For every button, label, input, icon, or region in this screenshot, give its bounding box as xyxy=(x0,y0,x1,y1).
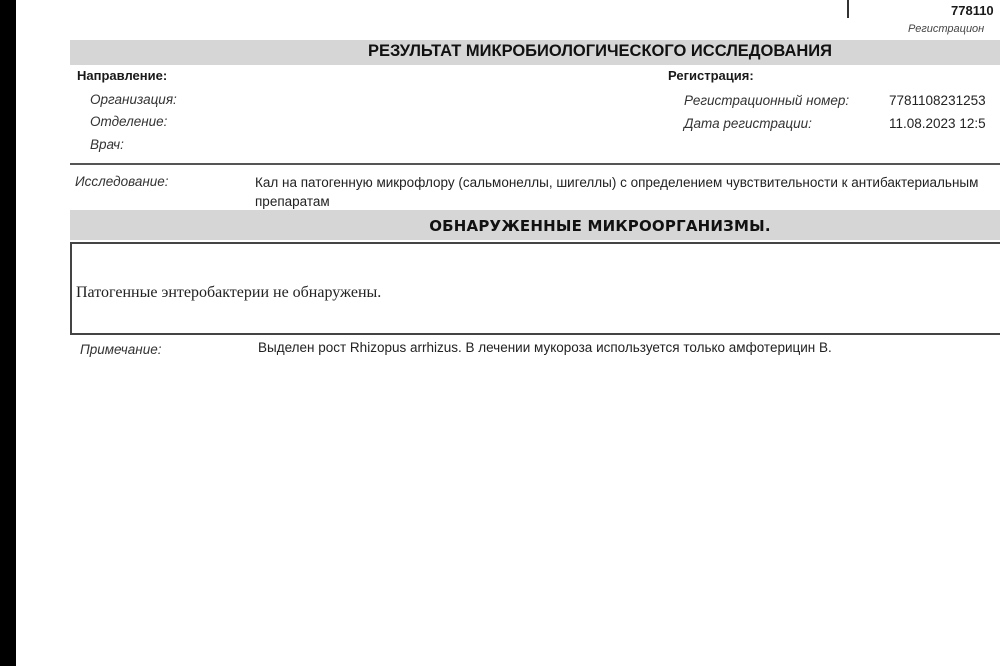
found-title-bar: ОБНАРУЖЕННЫЕ МИКРООРГАНИЗМЫ. xyxy=(70,210,1000,240)
registration-heading: Регистрация: xyxy=(668,68,754,83)
note-label: Примечание: xyxy=(80,342,162,357)
registration-date-value: 11.08.2023 12:5 xyxy=(889,116,986,131)
study-value: Кал на патогенную микрофлору (сальмонелл… xyxy=(255,173,1000,211)
found-title: ОБНАРУЖЕННЫЕ МИКРООРГАНИЗМЫ. xyxy=(70,217,1000,235)
organization-label: Организация: xyxy=(90,92,177,107)
top-registration-label: Регистрацион xyxy=(908,23,984,35)
study-label: Исследование: xyxy=(75,174,169,189)
registration-number-label: Регистрационный номер: xyxy=(684,93,849,108)
section-divider xyxy=(70,163,1000,165)
screen-edge xyxy=(0,0,16,666)
registration-number-value: 7781108231253 xyxy=(889,93,986,108)
direction-heading: Направление: xyxy=(77,68,167,83)
department-label: Отделение: xyxy=(90,114,167,129)
top-divider xyxy=(847,0,849,18)
found-result-text: Патогенные энтеробактерии не обнаружены. xyxy=(76,284,381,302)
note-value: Выделен рост Rhizopus arrhizus. В лечени… xyxy=(258,340,832,355)
report-title: РЕЗУЛЬТАТ МИКРОБИОЛОГИЧЕСКОГО ИССЛЕДОВАН… xyxy=(70,42,1000,61)
doctor-label: Врач: xyxy=(90,137,124,152)
registration-date-label: Дата регистрации: xyxy=(684,116,812,131)
top-registration-number: 778110 xyxy=(951,3,994,18)
report-title-bar: РЕЗУЛЬТАТ МИКРОБИОЛОГИЧЕСКОГО ИССЛЕДОВАН… xyxy=(70,40,1000,65)
found-result-box: Патогенные энтеробактерии не обнаружены. xyxy=(70,242,1000,335)
